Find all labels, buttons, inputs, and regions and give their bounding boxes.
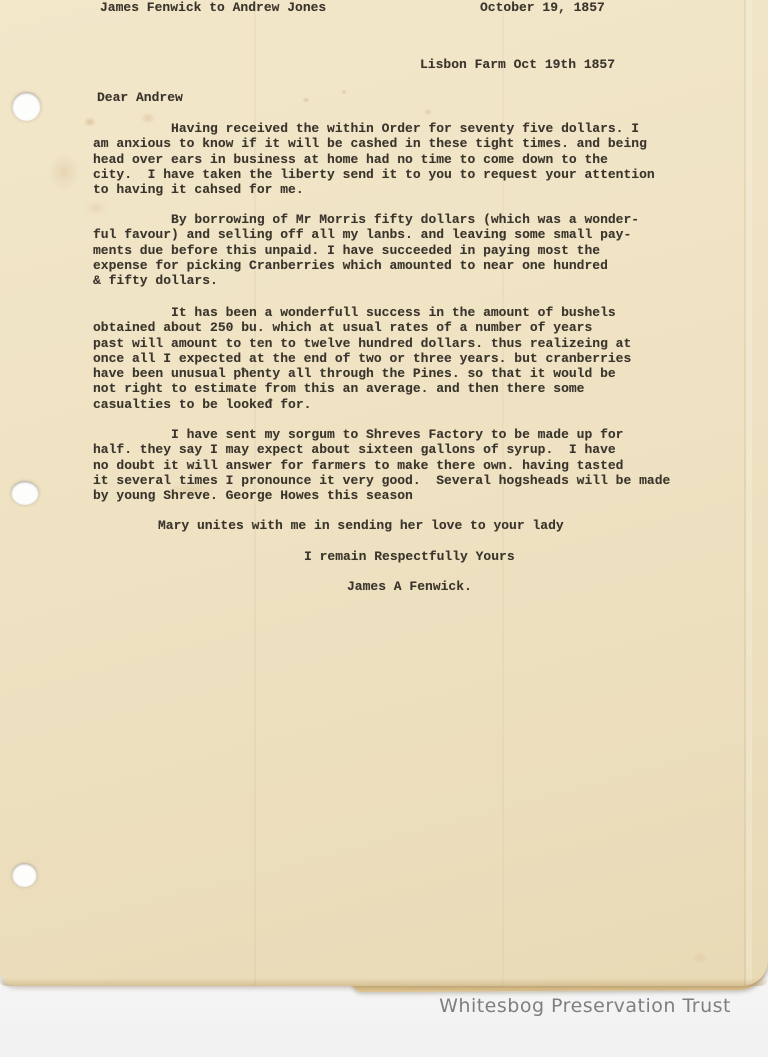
scanned-letter: James Fenwick to Andrew Jones October 19…: [0, 0, 768, 1057]
letter-salutation: Dear Andrew: [97, 90, 183, 105]
letter-regards-line: Mary unites with me in sending her love …: [158, 518, 564, 533]
letter-signature: James A Fenwick.: [347, 579, 472, 594]
letter-dateline: Lisbon Farm Oct 19th 1857: [420, 57, 615, 72]
letter-paragraph-1: Having received the within Order for sev…: [93, 121, 655, 197]
archive-caption-date: October 19, 1857: [480, 0, 605, 15]
letter-paragraph-2: By borrowing of Mr Morris fifty dollars …: [93, 212, 639, 288]
hole-punch-middle: [11, 481, 39, 505]
letter-paragraph-3: It has been a wonderfull success in the …: [93, 305, 631, 412]
letter-page: James Fenwick to Andrew Jones October 19…: [0, 0, 768, 986]
hole-punch-bottom: [12, 863, 37, 887]
watermark-credit: Whitesbog Preservation Trust: [439, 995, 731, 1017]
letter-closing: I remain Respectfully Yours: [304, 549, 515, 564]
archive-caption-names: James Fenwick to Andrew Jones: [100, 0, 326, 15]
letter-paragraph-4: I have sent my sorgum to Shreves Factory…: [93, 427, 670, 503]
hole-punch-top: [12, 92, 41, 121]
